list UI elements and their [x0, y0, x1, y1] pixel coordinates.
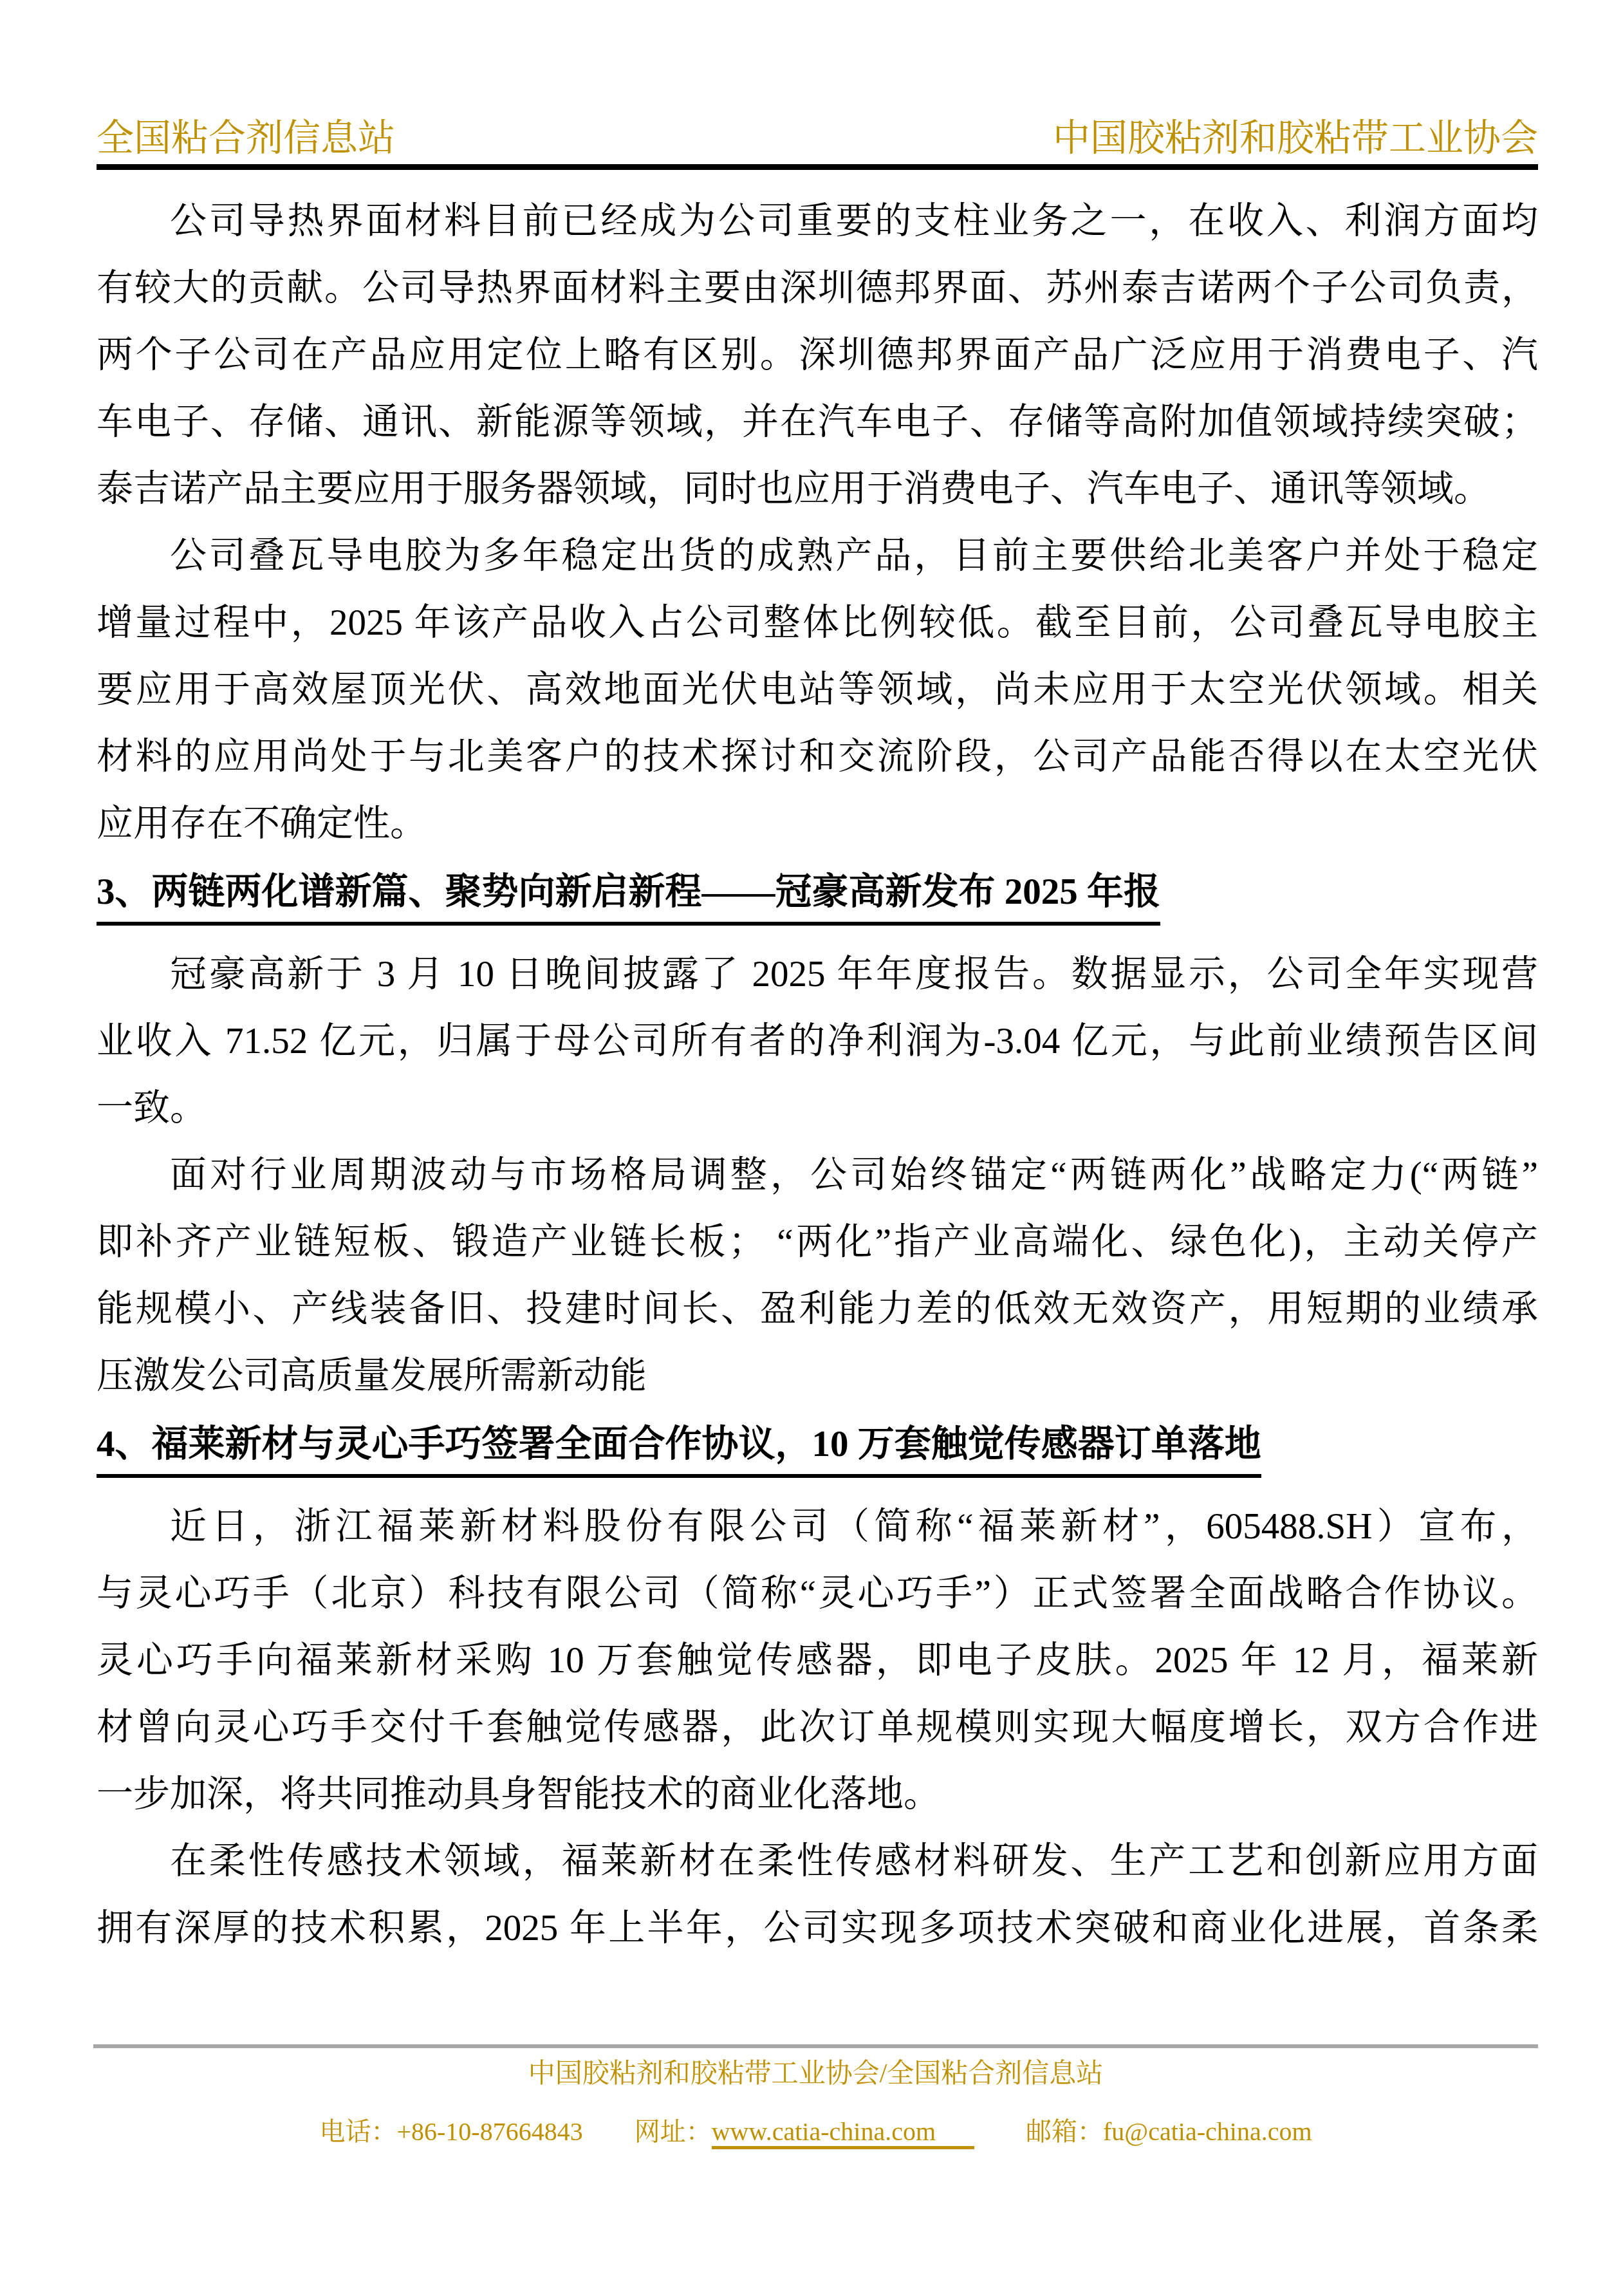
section-heading-3-text: 3、两链两化谱新篇、聚势向新启新程——冠豪高新发布 2025 年报 — [97, 866, 1160, 926]
email-label: 邮箱： — [1026, 2117, 1103, 2146]
header-right-title: 中国胶粘剂和胶粘带工业协会 — [1053, 118, 1538, 159]
body-line: 两个子公司在产品应用定位上略有区别。深圳德邦界面产品广泛应用于消费电子、汽 — [97, 322, 1538, 389]
body-line: 近日，浙江福莱新材料股份有限公司（简称“福莱新材”，605488.SH）宣布， — [97, 1493, 1538, 1560]
body-line: 应用存在不确定性。 — [97, 790, 1538, 857]
section-heading-4-text: 4、福莱新材与灵心手巧签署全面合作协议，10 万套触觉传感器订单落地 — [97, 1419, 1261, 1478]
body-line: 泰吉诺产品主要应用于服务器领域，同时也应用于消费电子、汽车电子、通讯等领域。 — [97, 456, 1538, 523]
email-segment: 邮箱：fu@catia-china.com — [1026, 2117, 1312, 2146]
footer-contact-line: 电话：+86-10-87664843 网址：www.catia-china.co… — [93, 2116, 1538, 2147]
body-line: 灵心巧手向福莱新材采购 10 万套触觉传感器，即电子皮肤。2025 年 12 月… — [97, 1627, 1538, 1694]
phone-segment: 电话：+86-10-87664843 — [319, 2117, 582, 2146]
body-line: 一步加深，将共同推动具身智能技术的商业化落地。 — [97, 1761, 1538, 1828]
footer-org-line: 中国胶粘剂和胶粘带工业协会/全国粘合剂信息站 — [93, 2058, 1538, 2089]
body-line: 冠豪高新于 3 月 10 日晚间披露了 2025 年年度报告。数据显示，公司全年… — [97, 941, 1538, 1008]
section-heading-4: 4、福莱新材与灵心手巧签署全面合作协议，10 万套触觉传感器订单落地 — [97, 1419, 1538, 1478]
body-line: 增量过程中，2025 年该产品收入占公司整体比例较低。截至目前，公司叠瓦导电胶主 — [97, 590, 1538, 657]
header-left-title: 全国粘合剂信息站 — [97, 118, 395, 159]
body-line: 能规模小、产线装备旧、投建时间长、盈利能力差的低效无效资产，用短期的业绩承 — [97, 1276, 1538, 1343]
body-line: 一致。 — [97, 1075, 1538, 1142]
document-page: 全国粘合剂信息站 中国胶粘剂和胶粘带工业协会 公司导热界面材料目前已经成为公司重… — [0, 0, 1623, 2296]
page-footer: 中国胶粘剂和胶粘带工业协会/全国粘合剂信息站 电话：+86-10-8766484… — [93, 2044, 1538, 2147]
page-header: 全国粘合剂信息站 中国胶粘剂和胶粘带工业协会 — [97, 118, 1538, 159]
body-line: 公司导热界面材料目前已经成为公司重要的支柱业务之一，在收入、利润方面均 — [97, 188, 1538, 255]
body-line: 压激发公司高质量发展所需新动能 — [97, 1343, 1538, 1410]
section-heading-3: 3、两链两化谱新篇、聚势向新启新程——冠豪高新发布 2025 年报 — [97, 866, 1538, 926]
body-line: 面对行业周期波动与市场格局调整，公司始终锚定“两链两化”战略定力(“两链” — [97, 1142, 1538, 1209]
body-line: 材曾向灵心巧手交付千套触觉传感器，此次订单规模则实现大幅度增长，双方合作进 — [97, 1694, 1538, 1761]
body-line: 公司叠瓦导电胶为多年稳定出货的成熟产品，目前主要供给北美客户并处于稳定 — [97, 523, 1538, 590]
body-line: 业收入 71.52 亿元，归属于母公司所有者的净利润为-3.04 亿元，与此前业… — [97, 1008, 1538, 1075]
header-divider — [97, 164, 1538, 170]
body-line: 材料的应用尚处于与北美客户的技术探讨和交流阶段，公司产品能否得以在太空光伏 — [97, 723, 1538, 790]
website-link[interactable]: www.catia-china.com — [712, 2117, 974, 2149]
website-label: 网址： — [635, 2117, 712, 2146]
phone-value: +86-10-87664843 — [396, 2117, 582, 2146]
page-content: 全国粘合剂信息站 中国胶粘剂和胶粘带工业协会 公司导热界面材料目前已经成为公司重… — [97, 118, 1538, 1962]
website-segment: 网址：www.catia-china.com — [635, 2117, 974, 2146]
email-value: fu@catia-china.com — [1103, 2117, 1312, 2146]
body-line: 要应用于高效屋顶光伏、高效地面光伏电站等领域，尚未应用于太空光伏领域。相关 — [97, 657, 1538, 723]
body-line: 拥有深厚的技术积累，2025 年上半年，公司实现多项技术突破和商业化进展，首条柔 — [97, 1895, 1538, 1962]
footer-divider — [93, 2044, 1538, 2048]
body-line: 与灵心巧手（北京）科技有限公司（简称“灵心巧手”）正式签署全面战略合作协议。 — [97, 1560, 1538, 1627]
body-text: 公司导热界面材料目前已经成为公司重要的支柱业务之一，在收入、利润方面均 有较大的… — [97, 188, 1538, 1962]
phone-label: 电话： — [319, 2117, 396, 2146]
body-line: 有较大的贡献。公司导热界面材料主要由深圳德邦界面、苏州泰吉诺两个子公司负责， — [97, 255, 1538, 322]
body-line: 车电子、存储、通讯、新能源等领域，并在汽车电子、存储等高附加值领域持续突破； — [97, 389, 1538, 456]
body-line: 即补齐产业链短板、锻造产业链长板； “两化”指产业高端化、绿色化)，主动关停产 — [97, 1209, 1538, 1276]
body-line: 在柔性传感技术领域，福莱新材在柔性传感材料研发、生产工艺和创新应用方面 — [97, 1828, 1538, 1895]
